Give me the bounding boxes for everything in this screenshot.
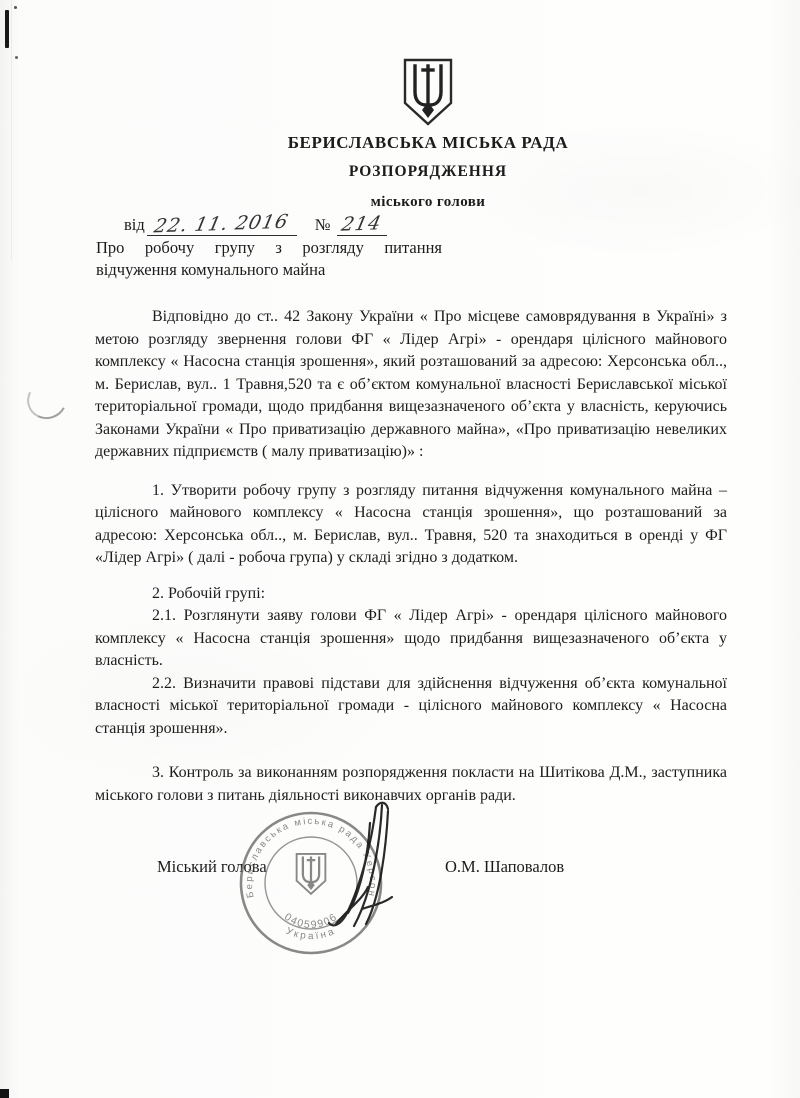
document-body: Відповідно до ст.. 42 Закону України « П… — [95, 306, 727, 807]
number-underline: 214 — [337, 213, 387, 236]
subject-line-2: відчуження комунального майна — [96, 259, 442, 281]
scanned-document-page: БЕРИСЛАВСЬКА МІСЬКА РАДА РОЗПОРЯДЖЕННЯ м… — [0, 0, 800, 1098]
subject-line-1: Про робочу групу з розгляду питання — [96, 237, 442, 259]
paragraph-item-2-2: 2.2. Визначити правові підстави для здій… — [95, 673, 727, 741]
paragraph-item-2: 2. Робочій групі: — [95, 583, 727, 606]
handwritten-signature — [318, 797, 436, 947]
handwritten-number: 214 — [339, 212, 383, 235]
number-sign: № — [315, 215, 331, 234]
paragraph-item-1: 1. Утворити робочу групу з розгляду пита… — [95, 480, 727, 570]
date-underline: 22. 11. 2016 — [147, 213, 297, 236]
paragraph-item-2-1: 2.1. Розглянути заяву голови ФГ « Лідер … — [95, 605, 727, 673]
scan-artifact-crescent — [22, 376, 72, 425]
handwritten-date: 22. 11. 2016 — [152, 211, 291, 238]
document-subtitle: міського голови — [28, 194, 800, 211]
scan-artifact-mark — [5, 10, 9, 48]
document-type-title: РОЗПОРЯДЖЕННЯ — [28, 163, 800, 181]
ukraine-trident-emblem-icon — [400, 57, 456, 127]
paragraph-preamble: Відповідно до ст.. 42 Закону України « П… — [95, 306, 727, 464]
document-subject: Про робочу групу з розгляду питання відч… — [96, 237, 442, 280]
organization-name: БЕРИСЛАВСЬКА МІСЬКА РАДА — [28, 133, 800, 153]
doc-meta-line: від22. 11. 2016№214 — [124, 213, 387, 236]
scan-edge-line — [11, 0, 12, 260]
date-prefix-label: від — [124, 215, 145, 234]
signer-name: О.М. Шаповалов — [445, 857, 564, 877]
scan-artifact-dot — [0, 1089, 9, 1098]
